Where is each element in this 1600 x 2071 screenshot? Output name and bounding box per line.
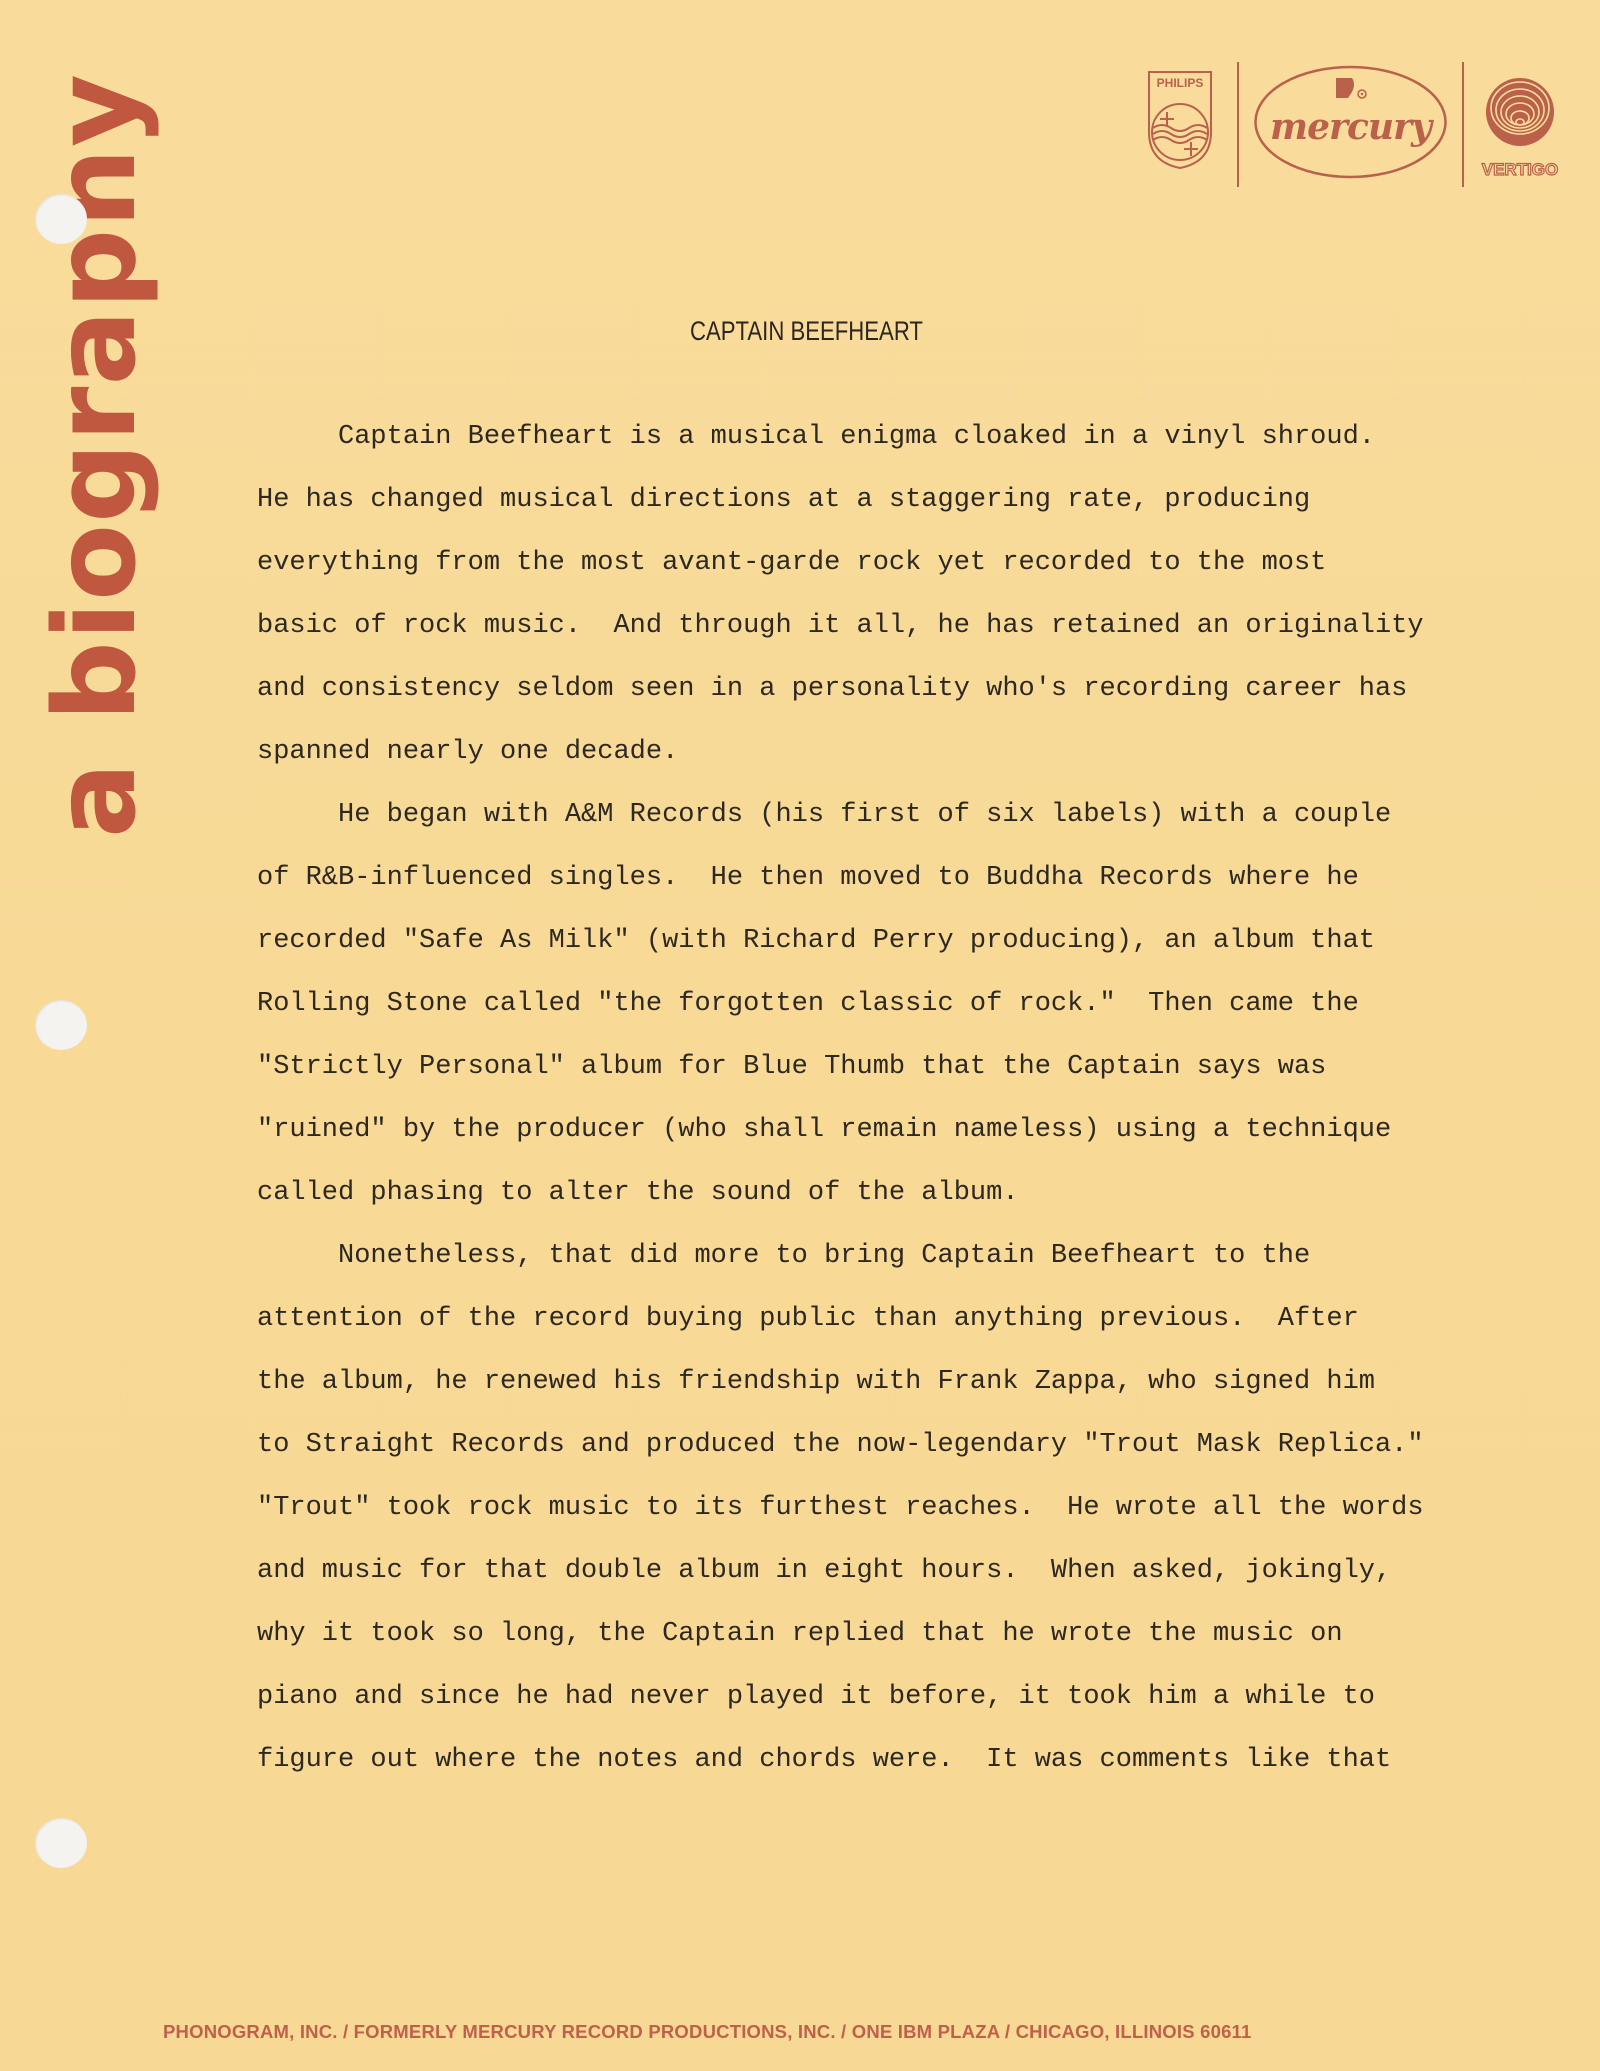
punch-hole <box>35 1000 87 1050</box>
text-line: called phasing to alter the sound of the… <box>257 1162 1447 1225</box>
side-title-a-biography: a biography <box>40 73 152 838</box>
text-line: "ruined" by the producer (who shall rema… <box>257 1099 1447 1162</box>
text-line: why it took so long, the Captain replied… <box>257 1603 1447 1666</box>
paragraph: He began with A&M Records (his first of … <box>257 784 1447 1225</box>
text-line: and consistency seldom seen in a persona… <box>257 658 1447 721</box>
footer-address: PHONOGRAM, INC. / FORMERLY MERCURY RECOR… <box>163 2021 1252 2043</box>
text-line: Rolling Stone called "the forgotten clas… <box>257 973 1447 1036</box>
text-line: He began with A&M Records (his first of … <box>257 784 1447 847</box>
text-line: "Trout" took rock music to its furthest … <box>257 1477 1447 1540</box>
text-line: spanned nearly one decade. <box>257 721 1447 784</box>
label-logos: PHILIPS mercury VERTIGO <box>1145 62 1555 187</box>
text-line: "Strictly Personal" album for Blue Thumb… <box>257 1036 1447 1099</box>
text-line: and music for that double album in eight… <box>257 1540 1447 1603</box>
philips-logo: PHILIPS <box>1145 70 1215 170</box>
text-line: to Straight Records and produced the now… <box>257 1414 1447 1477</box>
text-line: everything from the most avant-garde roc… <box>257 532 1447 595</box>
mercury-label: mercury <box>1252 106 1449 148</box>
logo-divider <box>1237 62 1239 187</box>
mercury-winged-head-icon <box>1336 78 1354 98</box>
text-line: Nonetheless, that did more to bring Capt… <box>257 1225 1447 1288</box>
text-line: He has changed musical directions at a s… <box>257 469 1447 532</box>
text-line: the album, he renewed his friendship wit… <box>257 1351 1447 1414</box>
text-line: piano and since he had never played it b… <box>257 1666 1447 1729</box>
vertigo-logo: VERTIGO <box>1480 72 1560 182</box>
text-line: of R&B-influenced singles. He then moved… <box>257 847 1447 910</box>
paragraph: Captain Beefheart is a musical enigma cl… <box>257 406 1447 784</box>
mercury-logo: mercury <box>1252 64 1449 180</box>
document-title: CAPTAIN BEEFHEART <box>150 316 1462 347</box>
punch-hole <box>35 1818 87 1868</box>
document-body: Captain Beefheart is a musical enigma cl… <box>257 406 1447 1792</box>
text-line: Captain Beefheart is a musical enigma cl… <box>257 406 1447 469</box>
paragraph: Nonetheless, that did more to bring Capt… <box>257 1225 1447 1792</box>
logo-divider <box>1462 62 1464 187</box>
vertigo-swirl-icon <box>1480 72 1560 156</box>
punch-hole <box>35 194 87 244</box>
text-line: figure out where the notes and chords we… <box>257 1729 1447 1792</box>
philips-label: PHILIPS <box>1145 76 1215 90</box>
text-line: attention of the record buying public th… <box>257 1288 1447 1351</box>
vertigo-label: VERTIGO <box>1480 160 1560 180</box>
text-line: recorded "Safe As Milk" (with Richard Pe… <box>257 910 1447 973</box>
text-line: basic of rock music. And through it all,… <box>257 595 1447 658</box>
